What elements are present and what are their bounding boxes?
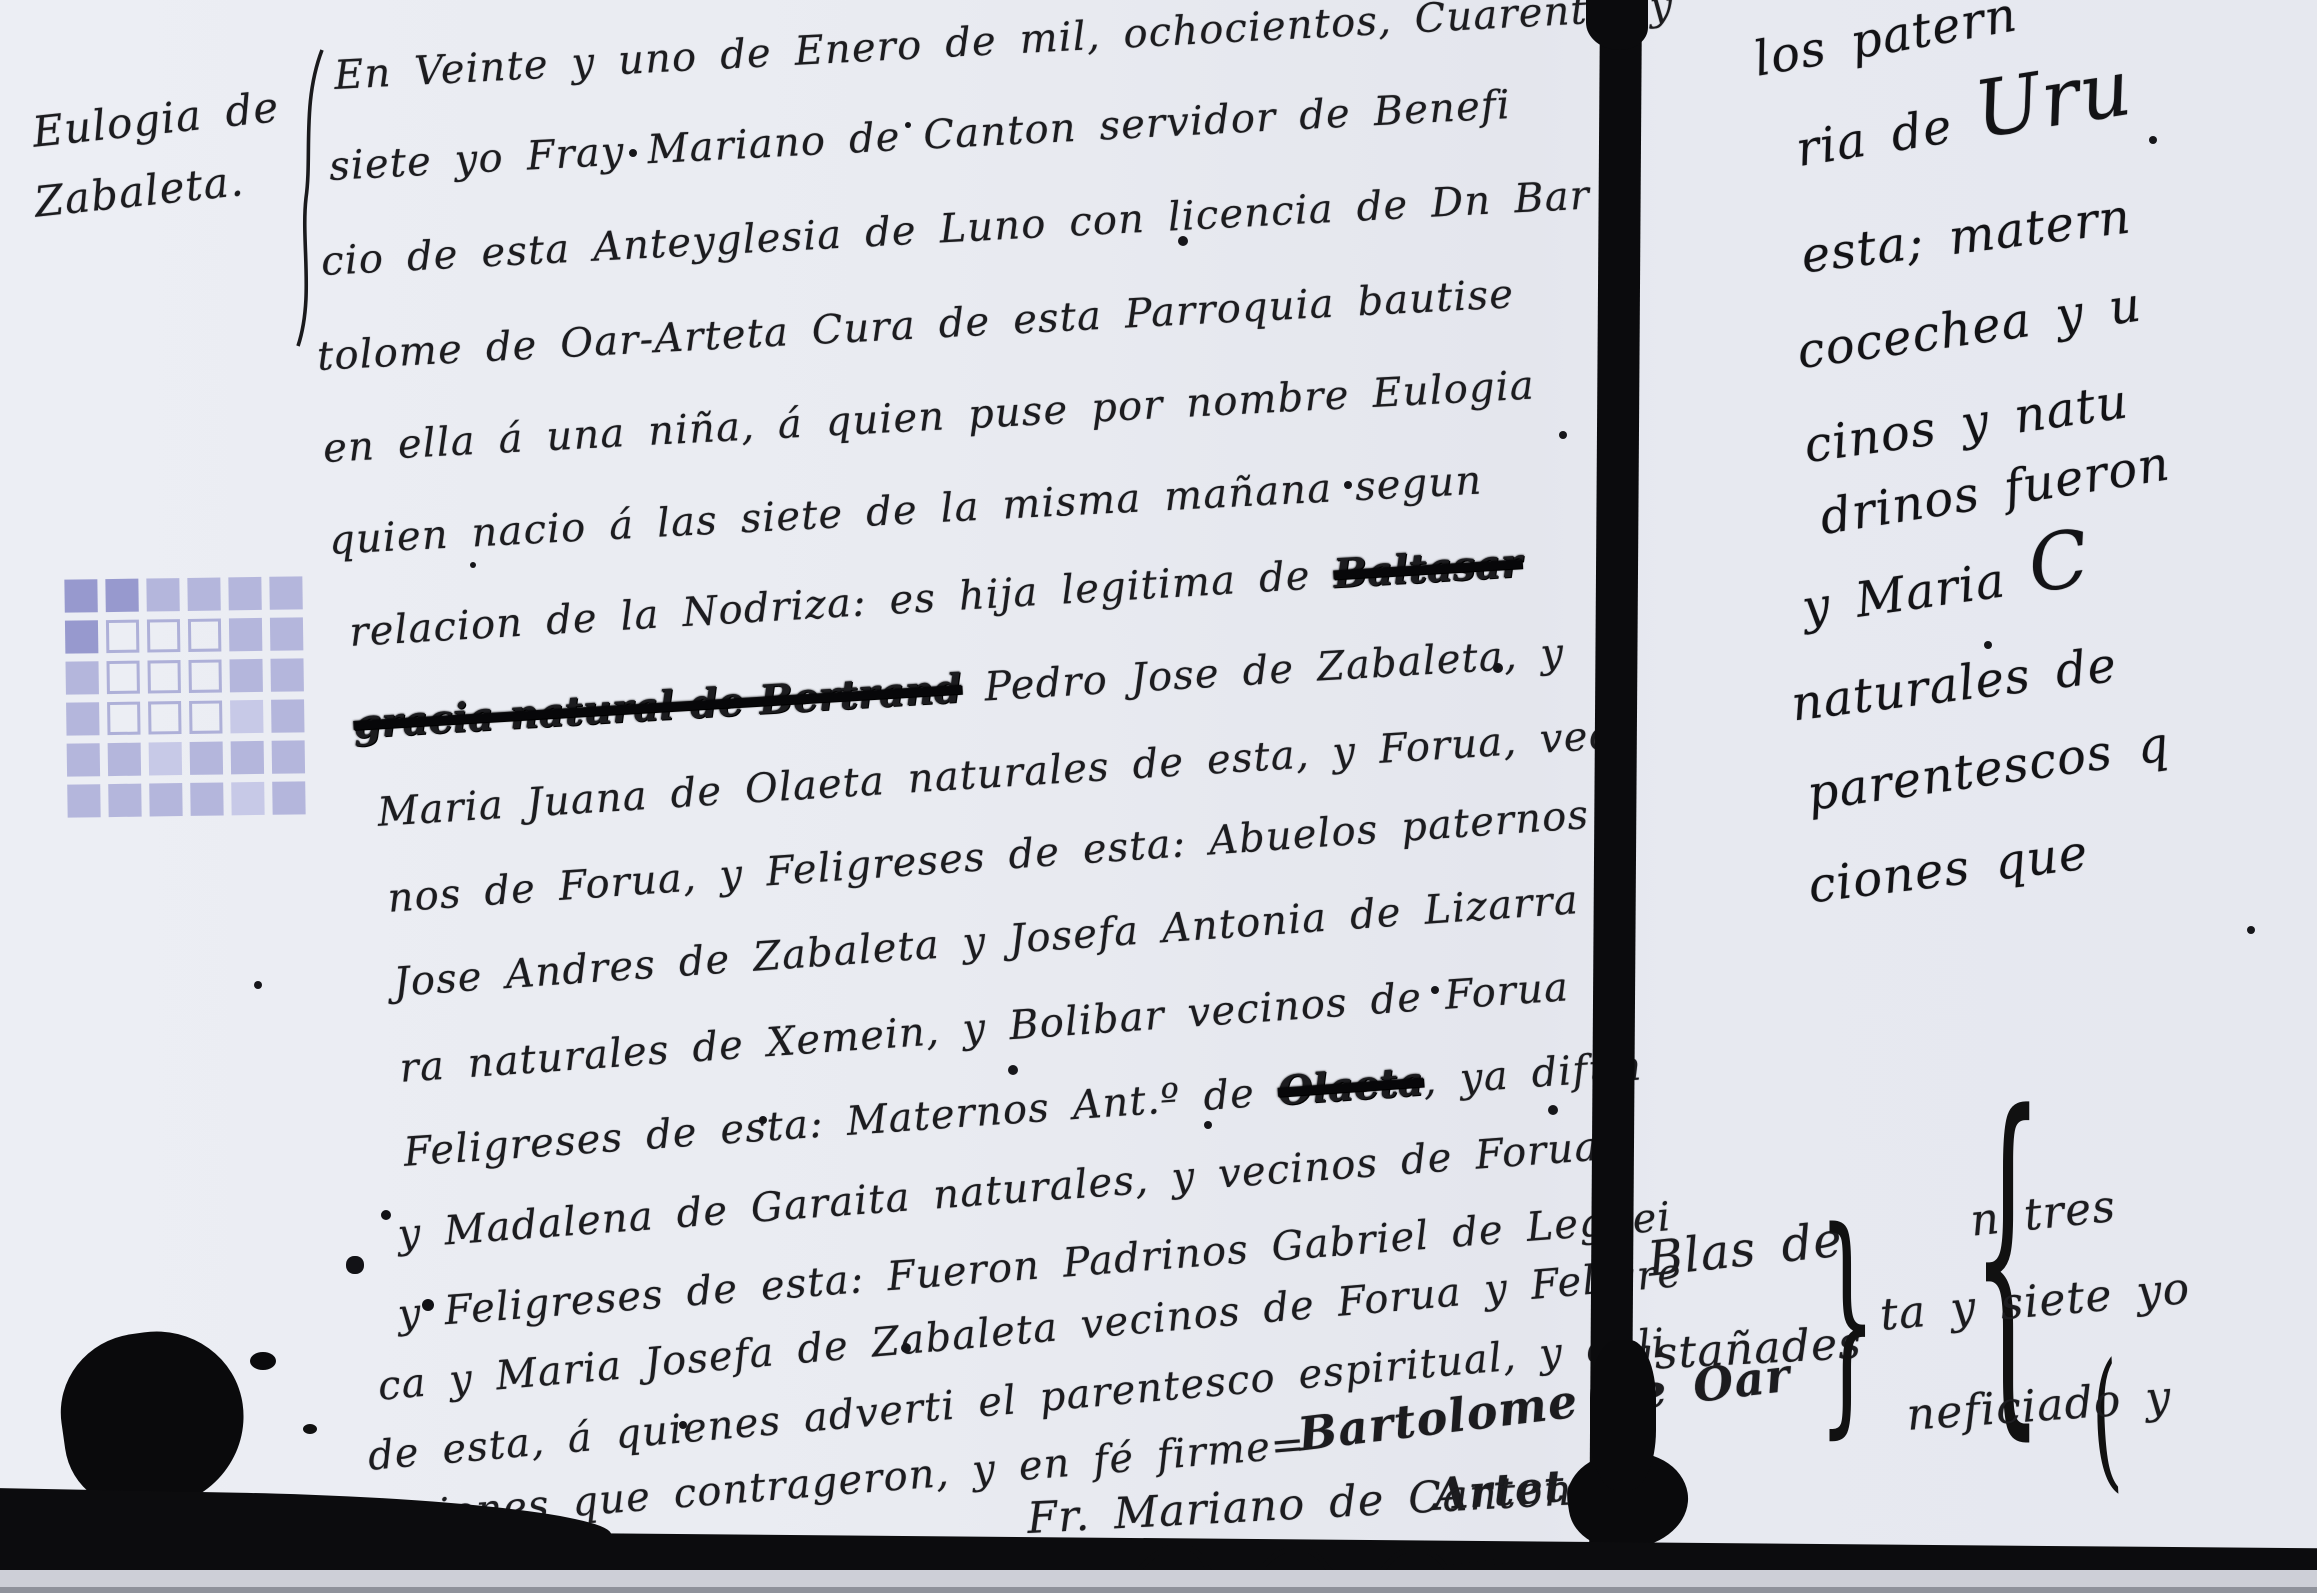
stamp-cell: [106, 661, 139, 694]
line-text: en ella á una niña, á quien puse por nom…: [322, 363, 1536, 472]
stamp-cell: [67, 743, 100, 776]
line-text: cio de esta Anteyglesia de Luno con lice…: [320, 173, 1591, 285]
manuscript-line: relacion de la Nodriza: es hija legitima…: [348, 539, 1523, 656]
stamp-cell: [231, 782, 264, 815]
stamp-cell: [67, 784, 100, 817]
struck-text: gracia natural de Bertrand: [352, 665, 963, 748]
margin-note-eulogia-line1: Eulogia de: [30, 82, 282, 157]
stamp-cell: [149, 742, 182, 775]
ink-blot-small: [250, 1352, 276, 1370]
stamp-cell: [190, 782, 223, 815]
struck-text: Baltasar: [1332, 539, 1523, 597]
stamp-cell: [229, 659, 262, 692]
stamp-cell: [228, 577, 261, 610]
entry-brace-stroke: [292, 46, 332, 350]
stamp-cell: [147, 660, 180, 693]
stamp-cell: [106, 620, 139, 653]
stamp-cell: [269, 576, 302, 609]
stamp-cell: [149, 783, 182, 816]
stamp-cell: [108, 784, 141, 817]
manuscript-line: quien nacio á las siete de la misma maña…: [328, 457, 1483, 564]
stamp-cell: [230, 700, 263, 733]
line-text: ciones que: [1805, 825, 2091, 915]
stamp-cell: [188, 659, 221, 692]
line-text: ria de: [1792, 94, 1981, 178]
next-entry-line: neficiado y: [1905, 1371, 2173, 1440]
stamp-cell: [270, 658, 303, 691]
manuscript-line: cio de esta Anteyglesia de Luno con lice…: [320, 172, 1591, 285]
line-text: relacion de la Nodriza: es hija legitima…: [348, 552, 1335, 656]
line-text-large: C: [2023, 514, 2096, 612]
margin-note-text: Blas de: [1645, 1212, 1845, 1288]
ink-blot-small: [303, 1424, 317, 1434]
stamp-cell: [148, 701, 181, 734]
stamp-cell: [66, 702, 99, 735]
scanner-bed-edge: [0, 1587, 2317, 1593]
stamp-cell: [272, 781, 305, 814]
struck-text: Olaeta: [1276, 1058, 1425, 1115]
stamp-grid: [64, 576, 305, 817]
line-text: siete yo Fray Mariano de Canton servidor…: [328, 82, 1512, 190]
margin-note-text: Eulogia de: [30, 82, 282, 157]
margin-note-text: Zabaleta.: [32, 156, 246, 227]
stamp-cell: [189, 700, 222, 733]
line-text: Pedro Jose de Zabaleta, y: [960, 630, 1565, 712]
stamp-cell: [187, 577, 220, 610]
document-scan: Eulogia de Zabaleta. En Veinte y uno de …: [0, 0, 2317, 1593]
manuscript-line: tolome de Oar-Arteta Cura de esta Parroq…: [316, 270, 1515, 380]
stamp-cell: [270, 617, 303, 650]
stamp-cell: [229, 618, 262, 651]
line-text: tolome de Oar-Arteta Cura de esta Parroq…: [316, 271, 1515, 380]
stamp-cell: [65, 661, 98, 694]
closing-brace: }: [1818, 1202, 1877, 1441]
manuscript-line: siete yo Fray Mariano de Canton servidor…: [328, 81, 1512, 190]
stamp-cell: [190, 741, 223, 774]
line-text: neficiado y: [1905, 1371, 2173, 1440]
stamp-cell: [146, 578, 179, 611]
next-entry-margin-note-line1: Blas de: [1645, 1212, 1845, 1288]
line-text: quien nacio á las siete de la misma maña…: [328, 458, 1483, 564]
stamp-cell: [231, 741, 264, 774]
stamp-cell: [147, 619, 180, 652]
line-text-large: Uru: [1969, 43, 2138, 156]
stamp-cell: [271, 699, 304, 732]
ink-specks: [0, 0, 6, 6]
stamp-cell: [105, 579, 138, 612]
line-text: parentescos q: [1804, 716, 2173, 822]
manuscript-line: en ella á una niña, á quien puse por nom…: [322, 362, 1536, 472]
stamp-cell: [107, 702, 140, 735]
stamp-cell: [272, 740, 305, 773]
margin-note-eulogia-line2: Zabaleta.: [32, 156, 246, 227]
stamp-cell: [64, 579, 97, 612]
stamp-cell: [188, 618, 221, 651]
binding-gutter-bottom-smear: [1590, 1340, 1656, 1490]
stamp-cell: [108, 743, 141, 776]
binding-gutter-top-blob: [1586, 0, 1648, 50]
stamp-cell: [65, 620, 98, 653]
